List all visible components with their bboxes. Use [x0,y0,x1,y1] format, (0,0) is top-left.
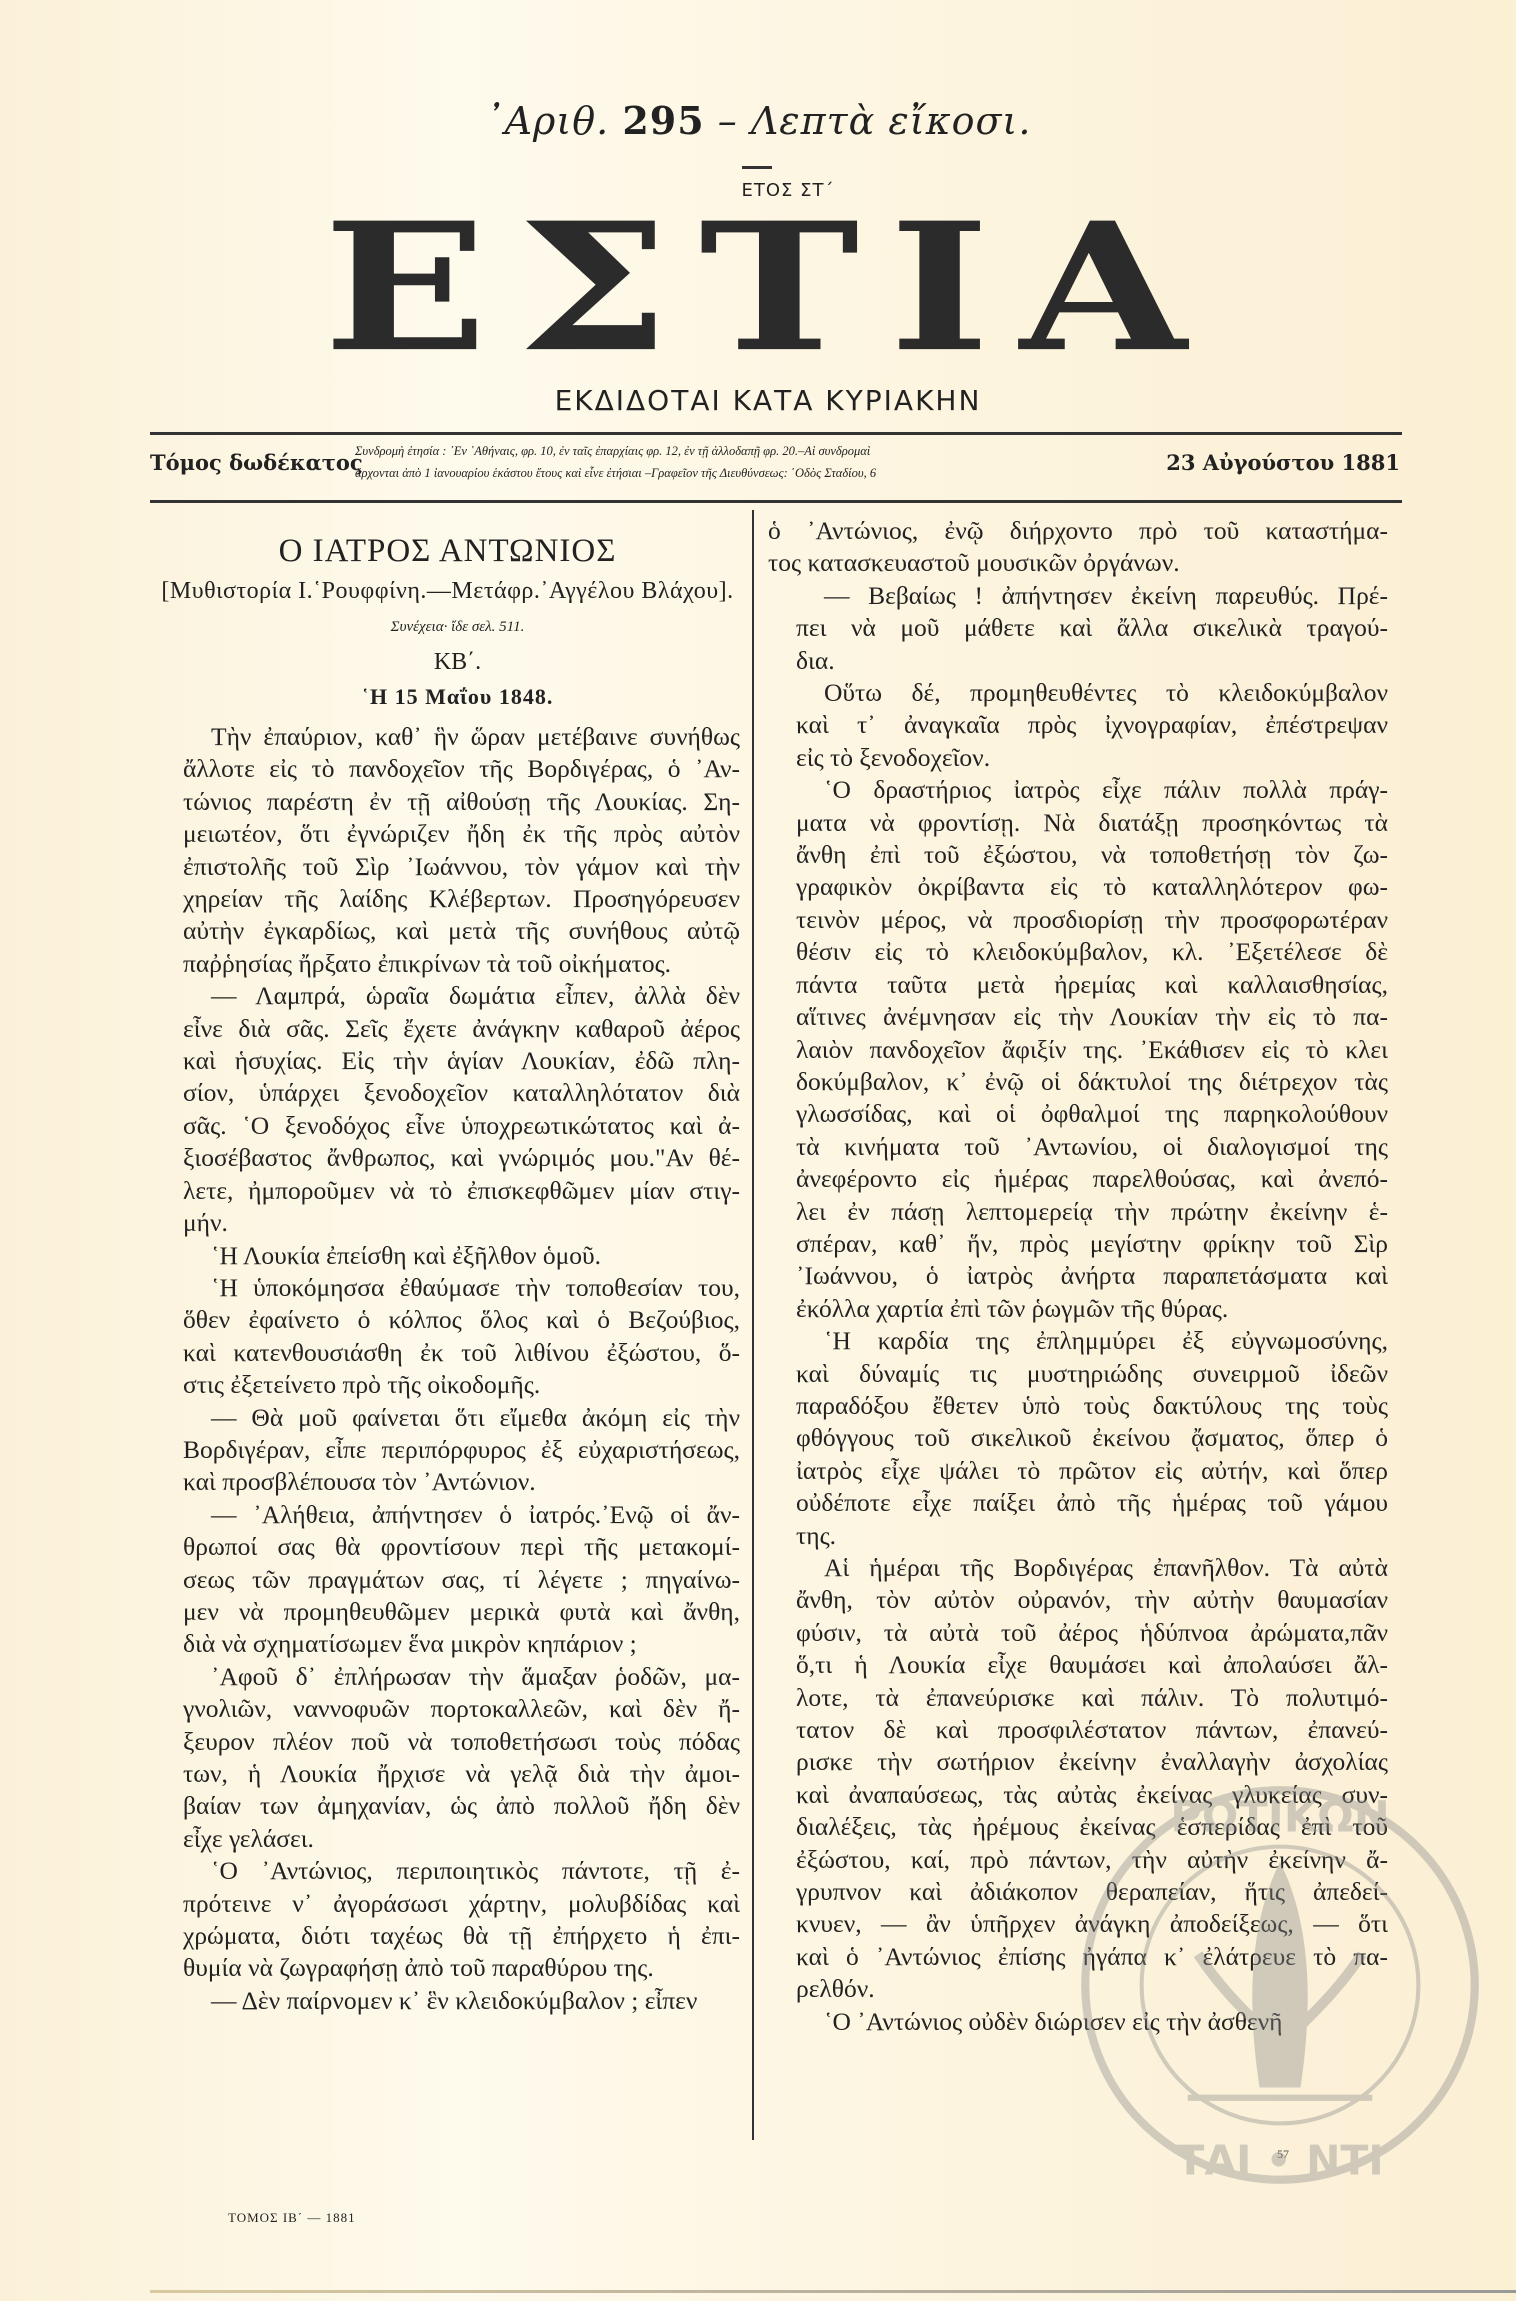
text-line: ῾Η ὑποκόμησσα ἐθαύμασε τὴν τοποθεσίαν το… [155,1272,740,1304]
text-line: ἄνθη, τὸν αὐτὸν οὐρανόν, τὴν αὐτὴν θαυμα… [768,1584,1388,1616]
text-line: ἰατρὸς εἶχε ψάλει τὸ πρῶτον εἰς αὐτήν, κ… [768,1455,1388,1487]
text-line: οὐδέποτε εἶχε παίξει ἀπὸ τῆς ἡμέρας τοῦ … [768,1487,1388,1519]
text-line: ᾿Αφοῦ δ᾿ ἐπλήρωσαν τὴν ἅμαξαν ῥοδῶν, μα- [155,1661,740,1693]
text-line: εἰς τὸ ξενοδοχεῖον. [768,742,1388,774]
paragraph: ῾Η καρδία της ἐπλημμύρει ἐξ εὐγνωμοσύνης… [768,1325,1388,1552]
issue-price: – Λεπτὰ εἴκοσι. [718,99,1032,143]
text-line: διαλέξεις, τὰς ἠρέμους ἐκείνας ἑσπερίδας… [768,1811,1388,1843]
text-line: των, ἡ Λουκία ἤρχισε νὰ γελᾷ διὰ τὴν ἀμο… [155,1758,740,1790]
text-line: ρισκε τὴν σωτήριον ἐκείνην ἐναλλαγὴν ἀσχ… [768,1746,1388,1778]
text-line: χηρείαν τῆς λαίδης Κλέβερτων. Προσηγόρευ… [155,883,740,915]
paragraph: ᾿Αφοῦ δ᾿ ἐπλήρωσαν τὴν ἅμαξαν ῥοδῶν, μα-… [155,1661,740,1855]
text-line: σᾶς. ῾Ο ξενοδόχος εἶνε ὑποχρεωτικώτατος … [155,1110,740,1142]
text-line: τος κατασκευαστοῦ μουσικῶν ὀργάνων. [768,547,1388,579]
volume-footer: ΤΟΜΟΣ ΙΒ΄ — 1881 [228,2210,356,2226]
text-line: βαίαν των ἀμηχανίαν, ὡς ἀπὸ πολλοῦ ἤδη δ… [155,1790,740,1822]
paragraph: ῾Η Λουκία ἐπείσθη καὶ ἐξῆλθον ὁμοῦ. [155,1240,740,1272]
newspaper-page: ᾿Αριθ. 295 – Λεπτὰ εἴκοσι. ΕΤΟΣ ΣΤ΄ ΕΣΤΙ… [0,0,1516,2301]
text-line: λετε, ἠμποροῦμεν νὰ τὸ ἐπισκεφθῶμεν μίαν… [155,1175,740,1207]
text-line: θέσιν εἰς τὸ κλειδοκύμβαλον, κλ. ᾿Εξετέλ… [768,936,1388,968]
text-line: ἄλλοτε εἰς τὸ πανδοχεῖον τῆς Βορδιγέρας,… [155,753,740,785]
text-line: γραφικὸν ὀκρίβαντα εἰς τὸ καταλληλότερον… [768,871,1388,903]
text-line: τὰ κινήματα τοῦ ᾿Αντωνίου, οἱ διαλογισμο… [768,1131,1388,1163]
paragraph: Αἱ ἡμέραι τῆς Βορδιγέρας ἐπανῆλθον. Τὰ α… [768,1552,1388,2006]
text-line: της. [768,1520,1388,1552]
short-rule [742,166,772,169]
text-line: τεινὸν μέρος, νὰ προσδιορίσῃ τὴν προσφορ… [768,904,1388,936]
text-line: κνυεν, — ἂν ὑπῆρχεν ἀνάγκη ἀποδείξεως, —… [768,1908,1388,1940]
text-line: Τὴν ἐπαύριον, καθ᾿ ἣν ὥραν μετέβαινε συν… [155,721,740,753]
text-line: λαιὸν πανδοχεῖον ἄφιξίν της. ᾿Εκάθισεν ε… [768,1034,1388,1066]
text-line: ρελθόν. [768,1973,1388,2005]
volume-label: Τόμος δωδέκατος [150,450,363,475]
text-line: αἵτινες ἀνέμνησαν εἰς τὴν Λουκίαν τὴν εἰ… [768,1001,1388,1033]
text-line: μήν. [155,1207,740,1239]
column-divider [752,510,754,2140]
page-number: 57 [1277,2147,1289,2162]
text-line: — ᾿Αλήθεια, ἀπήντησεν ὁ ἰατρός.᾿Ενῷ οἱ ἄ… [155,1499,740,1531]
text-line: γλωσσίδας, καὶ οἱ ὀφθαλμοί της παρηκολού… [768,1098,1388,1130]
text-line: θρωποί σας θὰ φροντίσουν περὶ τῆς μετακο… [155,1531,740,1563]
paragraph: Τὴν ἐπαύριον, καθ᾿ ἣν ὥραν μετέβαινε συν… [155,721,740,980]
text-line: τώνιος παρέστη ἐν τῇ αἰθούσῃ τῆς Λουκίας… [155,786,740,818]
paragraph: — Βεβαίως ! ἀπήντησεν ἐκείνη παρευθύς. Π… [768,580,1388,677]
issue-line: ᾿Αριθ. 295 – Λεπτὰ εἴκοσι. [0,98,1516,143]
masthead-title: ΕΣΤΙΑ [170,222,1370,353]
text-line: πει νὰ μοῦ μάθετε καὶ ἄλλα σικελικὰ τραγ… [768,612,1388,644]
text-line: θυμία νὰ ζωγραφήσῃ ἀπὸ τοῦ παραθύρου της… [155,1952,740,1984]
text-line: ῾Ο ᾿Αντώνιος οὐδὲν διώρισεν εἰς τὴν ἀσθε… [768,2006,1388,2038]
text-line: δια. [768,645,1388,677]
text-line: καὶ δύναμίς τις μυστηριώδης συνειρμοῦ ἰδ… [768,1358,1388,1390]
header-rule-bottom [150,500,1402,503]
text-line: — Λαμπρά, ὡραῖα δωμάτια εἶπεν, ἀλλὰ δὲν [155,980,740,1012]
chapter-dateline: ῾Η 15 Μαΐου 1848. [155,681,740,713]
text-line: τατον δὲ καὶ προσφιλέστατον πάντων, ἐπαν… [768,1714,1388,1746]
text-line: φύσιν, τὰ αὐτὰ τοῦ ἀέρος ἡδύπνοα ἀρώματα… [768,1617,1388,1649]
text-line: αὐτὴν ἐγκαρδίως, καὶ μετὰ τῆς συνήθους α… [155,915,740,947]
issue-number: 295 [622,98,704,143]
text-line: σίον, ὑπάρχει ξενοδοχεῖον καταλληλότατον… [155,1077,740,1109]
paragraph: ῾Ο ᾿Αντώνιος οὐδὲν διώρισεν εἰς τὴν ἀσθε… [768,2006,1388,2038]
article-title: Ο ΙΑΤΡΟΣ ΑΝΤΩΝΙΟΣ [155,531,740,571]
left-column-body: Τὴν ἐπαύριον, καθ᾿ ἣν ὥραν μετέβαινε συν… [155,721,740,2017]
text-line: δοκύμβαλον, κ᾿ ἐνῷ οἱ δάκτυλοί της διέτρ… [768,1066,1388,1098]
paragraph: Οὕτω δέ, προμηθευθέντες τὸ κλειδοκύμβαλο… [768,677,1388,774]
header-rule-top [150,432,1402,435]
text-line: ῾Ο δραστήριος ἰατρὸς εἶχε πάλιν πολλὰ πρ… [768,774,1388,806]
text-line: ῾Η καρδία της ἐπλημμύρει ἐξ εὐγνωμοσύνης… [768,1325,1388,1357]
text-line: σεως τῶν πραγμάτων σας, τί λέγετε ; πηγα… [155,1564,740,1596]
paragraph: — Λαμπρά, ὡραῖα δωμάτια εἶπεν, ἀλλὰ δὲνε… [155,980,740,1239]
text-line: φθόγγους τοῦ σικελικοῦ ἐκείνου ᾄσματος, … [768,1422,1388,1454]
text-line: πάντα ταῦτα μετὰ ἠρεμίας καὶ καλλαισθησί… [768,969,1388,1001]
text-line: στις ἐξετείνετο πρὸ τῆς οἰκοδομῆς. [155,1369,740,1401]
text-line: Αἱ ἡμέραι τῆς Βορδιγέρας ἐπανῆλθον. Τὰ α… [768,1552,1388,1584]
text-line: διὰ νὰ σχηματίσωμεν ἕνα μικρὸν κηπάριον … [155,1628,740,1660]
text-line: — Βεβαίως ! ἀπήντησεν ἐκείνη παρευθύς. Π… [768,580,1388,612]
paragraph: ῾Ο ᾿Αντώνιος, περιποιητικὸς πάντοτε, τῇ … [155,1855,740,1985]
paragraph: ῾Ο δραστήριος ἰατρὸς εἶχε πάλιν πολλὰ πρ… [768,774,1388,1325]
text-line: γρυπνον καὶ ἀδιάκοπον θεραπείαν, ἥτις ἀπ… [768,1876,1388,1908]
left-column: Ο ΙΑΤΡΟΣ ΑΝΤΩΝΙΟΣ [Μυθιστορία Ι.῾Ρουφφίν… [155,515,740,2017]
article-credit: [Μυθιστορία Ι.῾Ρουφφίνη.—Μετάφρ.᾿Αγγέλου… [155,571,740,611]
text-line: Βορδιγέραν, εἶπε περιπόρφυρος ἐξ εὐχαρισ… [155,1434,740,1466]
text-line: λει ἐν πάσῃ λεπτομερείᾳ τὴν πρώτην ἐκείν… [768,1196,1388,1228]
text-line: ἐκόλλα χαρτία ἐπὶ τῶν ῥωγμῶν τῆς θύρας. [768,1293,1388,1325]
text-line: μεν νὰ προμηθευθῶμεν μερικὰ φυτὰ καὶ ἄνθ… [155,1596,740,1628]
text-line: ξευρον πλέον ποῦ νὰ τοποθετήσωσι τοὺς πό… [155,1726,740,1758]
text-line: Οὕτω δέ, προμηθευθέντες τὸ κλειδοκύμβαλο… [768,677,1388,709]
text-line: καὶ ἀναπαύσεως, τὰς αὐτὰς ἐκείνας γλυκεί… [768,1779,1388,1811]
paragraph: — Δὲν παίρνομεν κ᾿ ἓν κλειδοκύμβαλον ; ε… [155,1985,740,2017]
info-bar: Τόμος δωδέκατος Συνδρομὴ ἐτησία : ᾿Εν ᾿Α… [150,440,1400,490]
text-line: ὅ,τι ἡ Λουκία εἶχε θαυμάσει καὶ ἀπολαύσε… [768,1649,1388,1681]
text-line: ματα νὰ φροντίσῃ. Νὰ διατάξῃ προσηκόντως… [768,807,1388,839]
text-line: ᾿Ιωάννου, ὁ ἰατρὸς ἀνήρτα παραπετάσματα … [768,1260,1388,1292]
text-line: ῾Ο ᾿Αντώνιος, περιποιητικὸς πάντοτε, τῇ … [155,1855,740,1887]
text-line: πρότεινε ν᾿ ἀγοράσωσι χάρτην, μολυβδίδας… [155,1888,740,1920]
text-line: παραδόξου ἔθετεν ὑπὸ τοὺς δακτύλους της … [768,1390,1388,1422]
text-line: καὶ προσβλέπουσα τὸν ᾿Αντώνιον. [155,1466,740,1498]
text-line: μειωτέον, ὅτι ἐγνώριζεν ἤδη ἐκ τῆς πρὸς … [155,818,740,850]
text-line: ἀνεφέροντο εἰς ἡμέρας παρελθούσας, καὶ ἀ… [768,1163,1388,1195]
issue-date: 23 Αὐγούστου 1881 [1166,450,1400,475]
right-column-body: ὁ ᾿Αντώνιος, ἐνῷ διήρχοντο πρὸ τοῦ κατασ… [768,515,1388,2038]
text-line: λοτε, τὰ ἐπανεύρισκε καὶ πάλιν. Τὸ πολυτ… [768,1682,1388,1714]
text-line: ἐπιστολῆς τοῦ Σὶρ ᾿Ιωάννου, τὸν γάμον κα… [155,851,740,883]
text-line: καὶ κατενθουσιάσθη ἐκ τοῦ λιθίνου ἐξώστο… [155,1337,740,1369]
page-edge [150,2290,1516,2293]
text-line: ἄνθη ἐπὶ τοῦ ἐξώστου, νὰ τοποθετήσῃ τὸν … [768,839,1388,871]
text-line: ξιοσέβαστος ἄνθρωπος, καὶ γνώριμός μου."… [155,1142,740,1174]
chapter-number: ΚΒ΄. [155,643,740,681]
paragraph: ῾Η ὑποκόμησσα ἐθαύμασε τὴν τοποθεσίαν το… [155,1272,740,1402]
paragraph: — ᾿Αλήθεια, ἀπήντησεν ὁ ἰατρός.᾿Ενῷ οἱ ἄ… [155,1499,740,1661]
masthead-subtitle: ΕΚΔΙΔΟΤΑΙ ΚΑΤΑ ΚΥΡΙΑΚΗΝ [0,384,1516,417]
text-line: ὅθεν ἐφαίνετο ὁ κόλπος ὅλος καὶ ὁ Βεζούβ… [155,1304,740,1336]
text-line: ἐξώστου, καί, πρὸ πάντων, τὴν αὐτὴν ἐκεί… [768,1844,1388,1876]
text-line: ῾Η Λουκία ἐπείσθη καὶ ἐξῆλθον ὁμοῦ. [155,1240,740,1272]
text-line: εἶχε γελάσει. [155,1823,740,1855]
issue-prefix: ᾿Αριθ. [485,99,610,143]
text-line: καὶ ὁ ᾿Αντώνιος ἐπίσης ἠγάπα κ᾿ ἐλάτρευε… [768,1941,1388,1973]
text-line: — Δὲν παίρνομεν κ᾿ ἓν κλειδοκύμβαλον ; ε… [155,1985,740,2017]
text-line: γνολιῶν, ναννοφυῶν πορτοκαλλεῶν, καὶ δὲν… [155,1693,740,1725]
text-line: παῤῥησίας ἤρξατο ἐπικρίνων τὰ τοῦ οἰκήμα… [155,948,740,980]
text-line: καὶ ἡσυχίας. Εἰς τὴν ἁγίαν Λουκίαν, ἐδῶ … [155,1045,740,1077]
right-column: ὁ ᾿Αντώνιος, ἐνῷ διήρχοντο πρὸ τοῦ κατασ… [768,515,1388,2038]
text-line: — Θὰ μοῦ φαίνεται ὅτι εἴμεθα ἀκόμη εἰς τ… [155,1402,740,1434]
continuation-note: Συνέχεια· ἴδε σελ. 511. [155,611,740,643]
text-line: καὶ τ᾿ ἀναγκαῖα πρὸς ἰχνογραφίαν, ἐπέστρ… [768,709,1388,741]
text-line: χρώματα, διότι ταχέως θὰ τῇ ἐπήρχετο ἡ ἐ… [155,1920,740,1952]
text-line: ὁ ᾿Αντώνιος, ἐνῷ διήρχοντο πρὸ τοῦ κατασ… [768,515,1388,547]
text-line: σπέραν, καθ᾿ ἥν, πρὸς μεγίστην φρίκην το… [768,1228,1388,1260]
paragraph: ὁ ᾿Αντώνιος, ἐνῷ διήρχοντο πρὸ τοῦ κατασ… [768,515,1388,580]
text-line: εἶνε διὰ σᾶς. Σεῖς ἔχετε ἀνάγκην καθαροῦ… [155,1013,740,1045]
paragraph: — Θὰ μοῦ φαίνεται ὅτι εἴμεθα ἀκόμη εἰς τ… [155,1402,740,1499]
